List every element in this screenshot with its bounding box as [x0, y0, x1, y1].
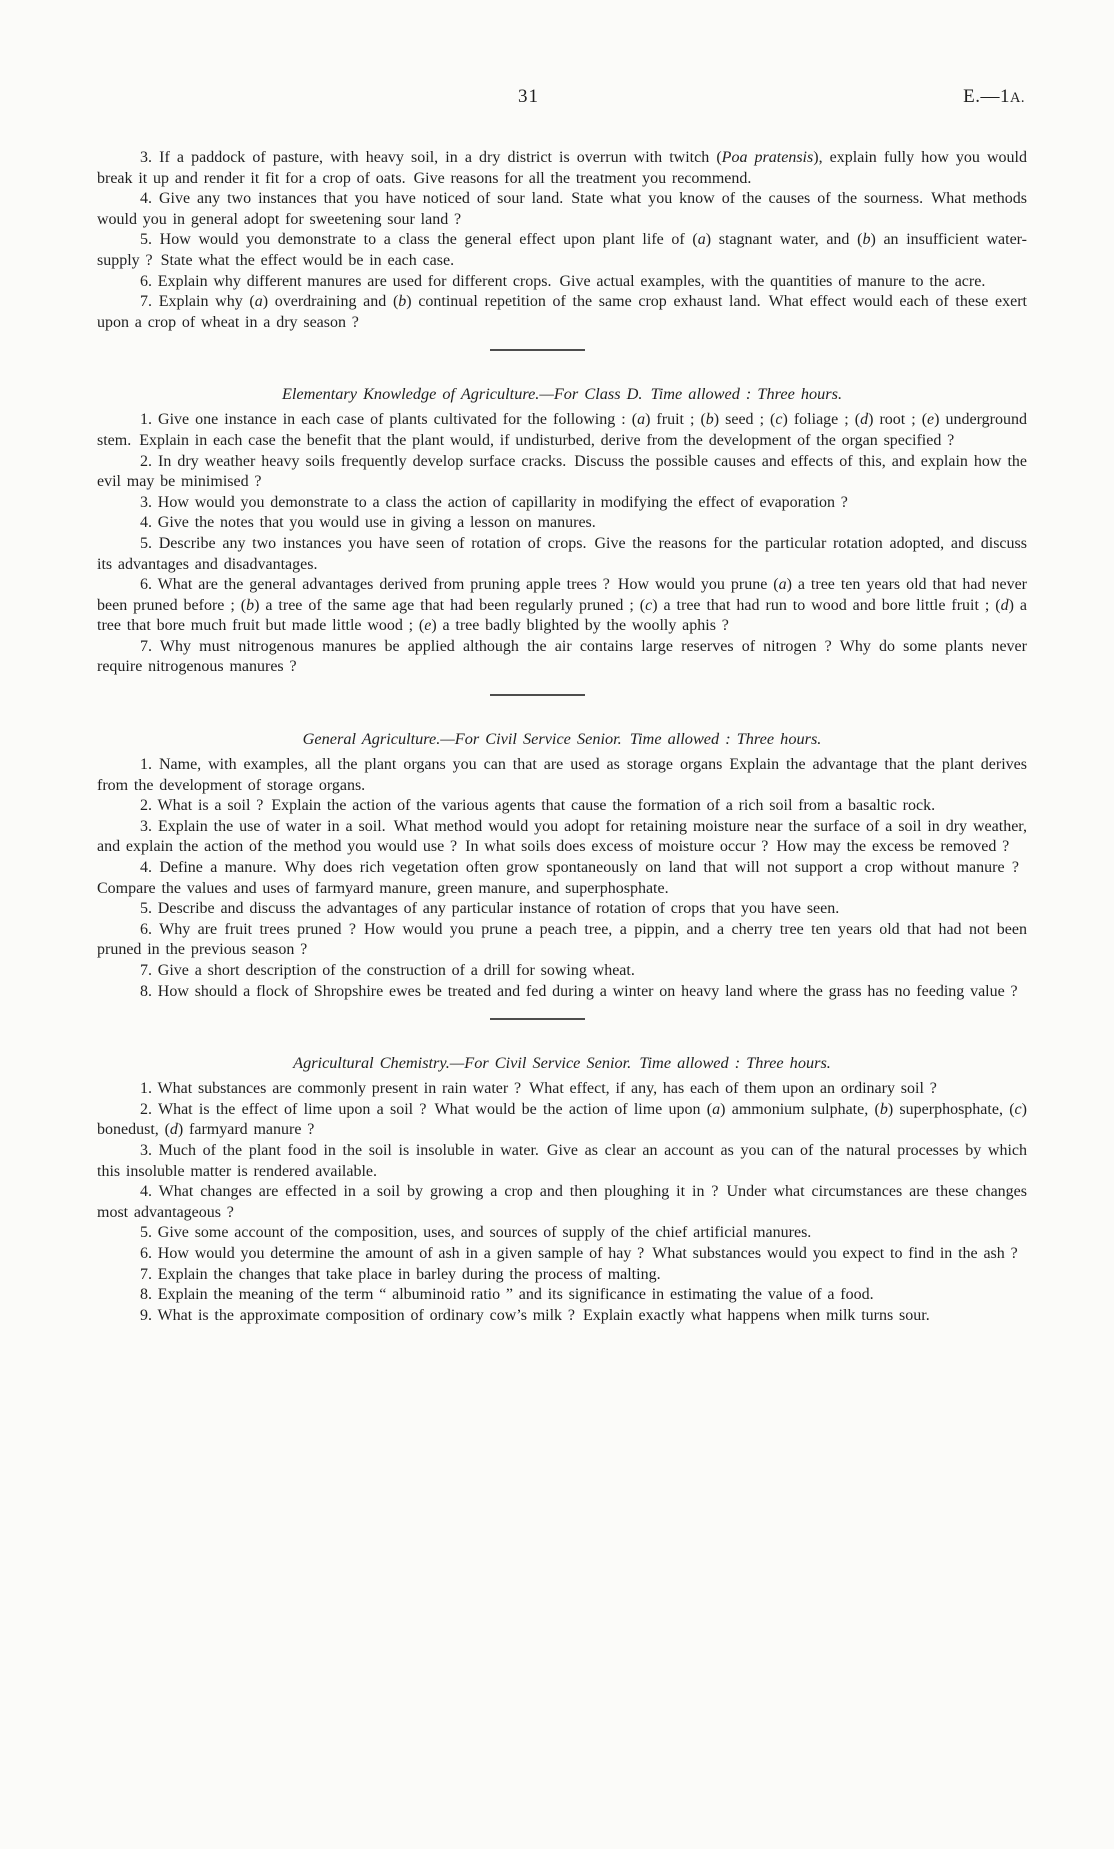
question-paragraph: 4. Give the notes that you would use in …	[97, 513, 1027, 534]
section-divider	[490, 1018, 585, 1020]
question-paragraph: 6. Why are fruit trees pruned ? How woul…	[97, 920, 1027, 961]
doc-reference: E.—1A.	[963, 86, 1025, 108]
page-header: 31 E.—1A.	[97, 86, 1027, 112]
section-elementary-knowledge: Elementary Knowledge of Agriculture.—For…	[97, 383, 1027, 678]
question-paragraph: 4. What changes are effected in a soil b…	[97, 1182, 1027, 1223]
section-heading: Elementary Knowledge of Agriculture.—For…	[97, 383, 1027, 405]
document-page: 31 E.—1A. 3. If a paddock of pasture, wi…	[0, 0, 1114, 1849]
question-paragraph: 9. What is the approximate composition o…	[97, 1306, 1027, 1327]
section-agricultural-chemistry: Agricultural Chemistry.—For Civil Servic…	[97, 1052, 1027, 1326]
page-content: 31 E.—1A. 3. If a paddock of pasture, wi…	[97, 86, 1027, 1326]
question-paragraph: 2. In dry weather heavy soils frequently…	[97, 452, 1027, 493]
question-paragraph: 7. Why must nitrogenous manures be appli…	[97, 637, 1027, 678]
question-paragraph: 5. How would you demonstrate to a class …	[97, 230, 1027, 271]
question-paragraph: 5. Describe and discuss the advantages o…	[97, 899, 1027, 920]
question-paragraph: 5. Give some account of the composition,…	[97, 1223, 1027, 1244]
question-paragraph: 2. What is the effect of lime upon a soi…	[97, 1100, 1027, 1141]
section-heading: Agricultural Chemistry.—For Civil Servic…	[97, 1052, 1027, 1074]
question-paragraph: 4. Define a manure. Why does rich vegeta…	[97, 858, 1027, 899]
question-paragraph: 3. Much of the plant food in the soil is…	[97, 1141, 1027, 1182]
question-paragraph: 7. Explain the changes that take place i…	[97, 1265, 1027, 1286]
question-paragraph: 6. What are the general advantages deriv…	[97, 575, 1027, 637]
section-continued-questions: 3. If a paddock of pasture, with heavy s…	[97, 148, 1027, 333]
question-paragraph: 7. Explain why (a) overdraining and (b) …	[97, 292, 1027, 333]
page-number: 31	[518, 86, 539, 108]
section-divider	[490, 349, 585, 351]
question-paragraph: 3. How would you demonstrate to a class …	[97, 493, 1027, 514]
question-paragraph: 3. If a paddock of pasture, with heavy s…	[97, 148, 1027, 189]
section-divider	[490, 694, 585, 696]
question-paragraph: 1. Give one instance in each case of pla…	[97, 410, 1027, 451]
question-paragraph: 8. Explain the meaning of the term “ alb…	[97, 1285, 1027, 1306]
question-paragraph: 6. Explain why different manures are use…	[97, 272, 1027, 293]
question-paragraph: 8. How should a flock of Shropshire ewes…	[97, 982, 1027, 1003]
section-heading: General Agriculture.—For Civil Service S…	[97, 728, 1027, 750]
question-paragraph: 7. Give a short description of the const…	[97, 961, 1027, 982]
question-paragraph: 2. What is a soil ? Explain the action o…	[97, 796, 1027, 817]
question-paragraph: 1. What substances are commonly present …	[97, 1079, 1027, 1100]
doc-reference-main: E.—1	[963, 86, 1010, 107]
section-general-agriculture: General Agriculture.—For Civil Service S…	[97, 728, 1027, 1002]
question-paragraph: 3. Explain the use of water in a soil. W…	[97, 817, 1027, 858]
question-paragraph: 5. Describe any two instances you have s…	[97, 534, 1027, 575]
question-paragraph: 1. Name, with examples, all the plant or…	[97, 755, 1027, 796]
question-paragraph: 4. Give any two instances that you have …	[97, 189, 1027, 230]
doc-reference-suffix: A.	[1010, 90, 1025, 106]
question-paragraph: 6. How would you determine the amount of…	[97, 1244, 1027, 1265]
